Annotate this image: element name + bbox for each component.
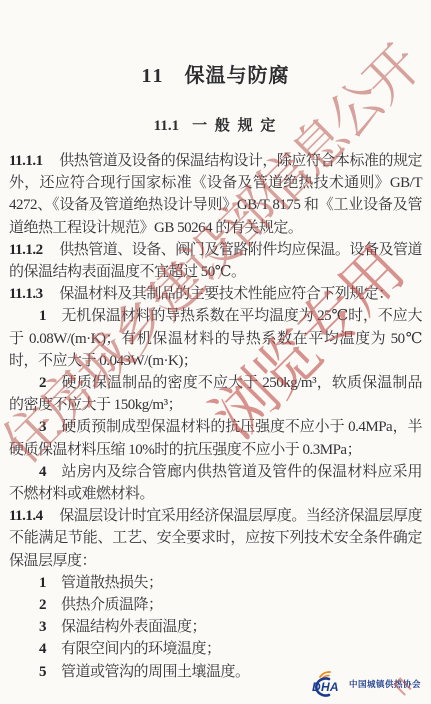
logo-abbr-text: DHA (312, 680, 339, 694)
clause-11.1.2: 11.1.2供热管道、设备、阀门及管路附件均应保温。设备及管道的保温结构表面温度… (9, 239, 422, 283)
dha-logo-icon: DHA (303, 670, 347, 697)
clause-number: 11.1.2 (9, 242, 59, 258)
item-11.1.4-3: 3保温结构外表面温度； (9, 616, 422, 638)
item-number: 1 (39, 308, 61, 324)
clause-number: 11.1.4 (9, 508, 59, 524)
clause-number: 11.1.1 (9, 153, 59, 169)
item-number: 2 (39, 375, 61, 391)
item-text: 供热介质温降； (61, 597, 163, 613)
section-name: 一 般 规 定 (192, 118, 277, 134)
item-11.1.4-1: 1管道散热损失； (9, 572, 422, 594)
chapter-name: 保温与防腐 (184, 65, 289, 87)
footer: DHA 中国城镇供热协会 (303, 670, 421, 697)
item-number: 4 (39, 641, 61, 657)
item-11.1.3-1: 1无机保温材料的导热系数在平均温度为 25℃时，不应大于 0.08W/(m·K)… (9, 305, 422, 372)
clause-11.1.4: 11.1.4保温层设计时宜采用经济保温层厚度。当经济保温层厚度不能满足节能、工艺… (9, 505, 422, 572)
clause-11.1.1: 11.1.1供热管道及设备的保温结构设计，除应符合本标准的规定外，还应符合现行国… (9, 150, 422, 239)
item-text: 有限空间内的环境温度； (61, 641, 221, 657)
section-number: 11.1 (154, 118, 179, 134)
item-text: 管道或管沟的周围土壤温度。 (61, 664, 250, 680)
clauses-container: 11.1.1供热管道及设备的保温结构设计，除应符合本标准的规定外，还应符合现行国… (0, 150, 431, 683)
item-number: 5 (39, 664, 61, 680)
item-text: 管道散热损失； (61, 575, 163, 591)
item-11.1.4-4: 4有限空间内的环境温度； (9, 638, 422, 660)
chapter-number: 11 (142, 65, 165, 87)
clause-text: 保温层设计时宜采用经济保温层厚度。当经济保温层厚度不能满足节能、工艺、安全要求时… (9, 508, 422, 568)
item-number: 3 (39, 619, 61, 635)
item-11.1.3-3: 3硬质预制成型保温材料的抗压强度不应小于 0.4MPa，半硬质保温材料压缩 10… (9, 416, 422, 460)
item-number: 4 (39, 464, 61, 480)
item-11.1.3-4: 4站房内及综合管廊内供热管道及管件的保温材料应采用不燃材料或难燃材料。 (9, 461, 422, 505)
clause-11.1.3: 11.1.3保温材料及其制品的主要技术性能应符合下列规定： (9, 283, 422, 305)
item-number: 1 (39, 575, 61, 591)
item-text: 保温结构外表面温度； (61, 619, 206, 635)
item-text: 无机保温材料的导热系数在平均温度为 25℃时，不应大于 0.08W/(m·K)；… (9, 308, 422, 368)
document-page: 住房城乡建设部信息公开 浏览专用 11保温与防腐 11.1一 般 规 定 11.… (0, 0, 431, 704)
clause-text: 保温材料及其制品的主要技术性能应符合下列规定： (59, 286, 393, 302)
chapter-title: 11保温与防腐 (0, 0, 431, 88)
clause-text: 供热管道及设备的保温结构设计，除应符合本标准的规定外，还应符合现行国家标准《设备… (9, 153, 422, 236)
item-text: 站房内及综合管廊内供热管道及管件的保温材料应采用不燃材料或难燃材料。 (9, 464, 422, 502)
clause-number: 11.1.3 (9, 286, 59, 302)
org-name: 中国城镇供热协会 (349, 678, 421, 690)
item-number: 2 (39, 597, 61, 613)
section-title: 11.1一 般 规 定 (0, 88, 431, 135)
clause-text: 供热管道、设备、阀门及管路附件均应保温。设备及管道的保温结构表面温度不宜超过 5… (9, 242, 422, 280)
item-11.1.4-2: 2供热介质温降； (9, 594, 422, 616)
item-text: 硬质保温制品的密度不应大于 250kg/m³，软质保温制品的密度不应大于 150… (9, 375, 422, 413)
item-text: 硬质预制成型保温材料的抗压强度不应小于 0.4MPa，半硬质保温材料压缩 10%… (9, 419, 422, 457)
item-number: 3 (39, 419, 61, 435)
item-11.1.3-2: 2硬质保温制品的密度不应大于 250kg/m³，软质保温制品的密度不应大于 15… (9, 372, 422, 416)
